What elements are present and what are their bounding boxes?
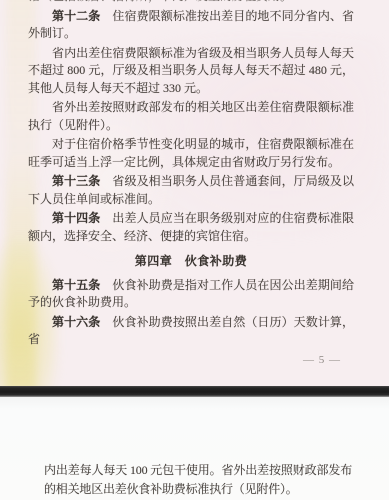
paragraph-meal-allowance-continuation: 内出差每人每天 100 元包干使用。省外出差按照财政部发布的相关地区出差伙食补助… <box>44 461 352 498</box>
paragraph-article-16: 第十六条 伙食补助费按照出差自然（日历）天数计算，省 <box>28 314 354 349</box>
paragraph-province-limits-text: 省内出差住宿费限额标准为省级及相当职务人员每人每天不超过 800 元，厅级及相当… <box>28 46 354 95</box>
article-12-term: 第十二条 <box>52 9 100 23</box>
paragraph-article-14: 第十四条 出差人员应当在职务级别对应的住宿费标准限额内，选择安全、经济、便捷的宾… <box>28 210 354 245</box>
page-separator-band <box>0 386 389 397</box>
scanned-page-upper: 馆（包括饭店、招待所，下同）发生的房租费用。 第十二条 住宿费限额标准按出差目的… <box>0 0 389 386</box>
article-14-term: 第十四条 <box>52 211 100 225</box>
scanned-page-lower: 内出差每人每天 100 元包干使用。省外出差按照财政部发布的相关地区出差伙食补助… <box>0 397 389 500</box>
article-13-term: 第十三条 <box>52 174 100 188</box>
page-body-text: 馆（包括饭店、招待所，下同）发生的房租费用。 第十二条 住宿费限额标准按出差目的… <box>28 0 354 369</box>
article-15-term: 第十五条 <box>52 278 100 292</box>
paragraph-seasonal-cities-text: 对于住宿价格季节性变化明显的城市，住宿费限额标准在旺季可适当上浮一定比例，具体规… <box>28 137 354 169</box>
chapter-4-heading: 第四章 伙食补助费 <box>28 253 354 271</box>
paragraph-outside-province-text: 省外出差按照财政部发布的相关地区出差住宿费限额标准执行（见附件）。 <box>28 100 354 132</box>
paragraph-province-limits: 省内出差住宿费限额标准为省级及相当职务人员每人每天不超过 800 元，厅级及相当… <box>28 45 354 98</box>
article-16-term: 第十六条 <box>52 315 100 329</box>
page-number: — 5 — <box>28 352 354 370</box>
paragraph-seasonal-cities: 对于住宿价格季节性变化明显的城市，住宿费限额标准在旺季可适当上浮一定比例，具体规… <box>28 136 354 171</box>
scanned-document-view: 馆（包括饭店、招待所，下同）发生的房租费用。 第十二条 住宿费限额标准按出差目的… <box>0 0 389 500</box>
paragraph-article-12: 第十二条 住宿费限额标准按出差目的地不同分省内、省外制订。 <box>28 8 354 43</box>
paragraph-article-13: 第十三条 省级及相当职务人员住普通套间，厅局级及以下人员住单间或标准间。 <box>28 173 354 208</box>
page-bottom-body-text: 内出差每人每天 100 元包干使用。省外出差按照财政部发布的相关地区出差伙食补助… <box>44 461 352 498</box>
paragraph-article-15: 第十五条 伙食补助费是指对工作人员在因公出差期间给予的伙食补助费用。 <box>28 277 354 312</box>
paragraph-outside-province: 省外出差按照财政部发布的相关地区出差住宿费限额标准执行（见附件）。 <box>28 99 354 134</box>
clipped-top-line: 馆（包括饭店、招待所，下同）发生的房租费用。 <box>28 0 354 6</box>
clipped-top-line-text: 馆（包括饭店、招待所，下同）发生的房租费用。 <box>28 0 292 3</box>
